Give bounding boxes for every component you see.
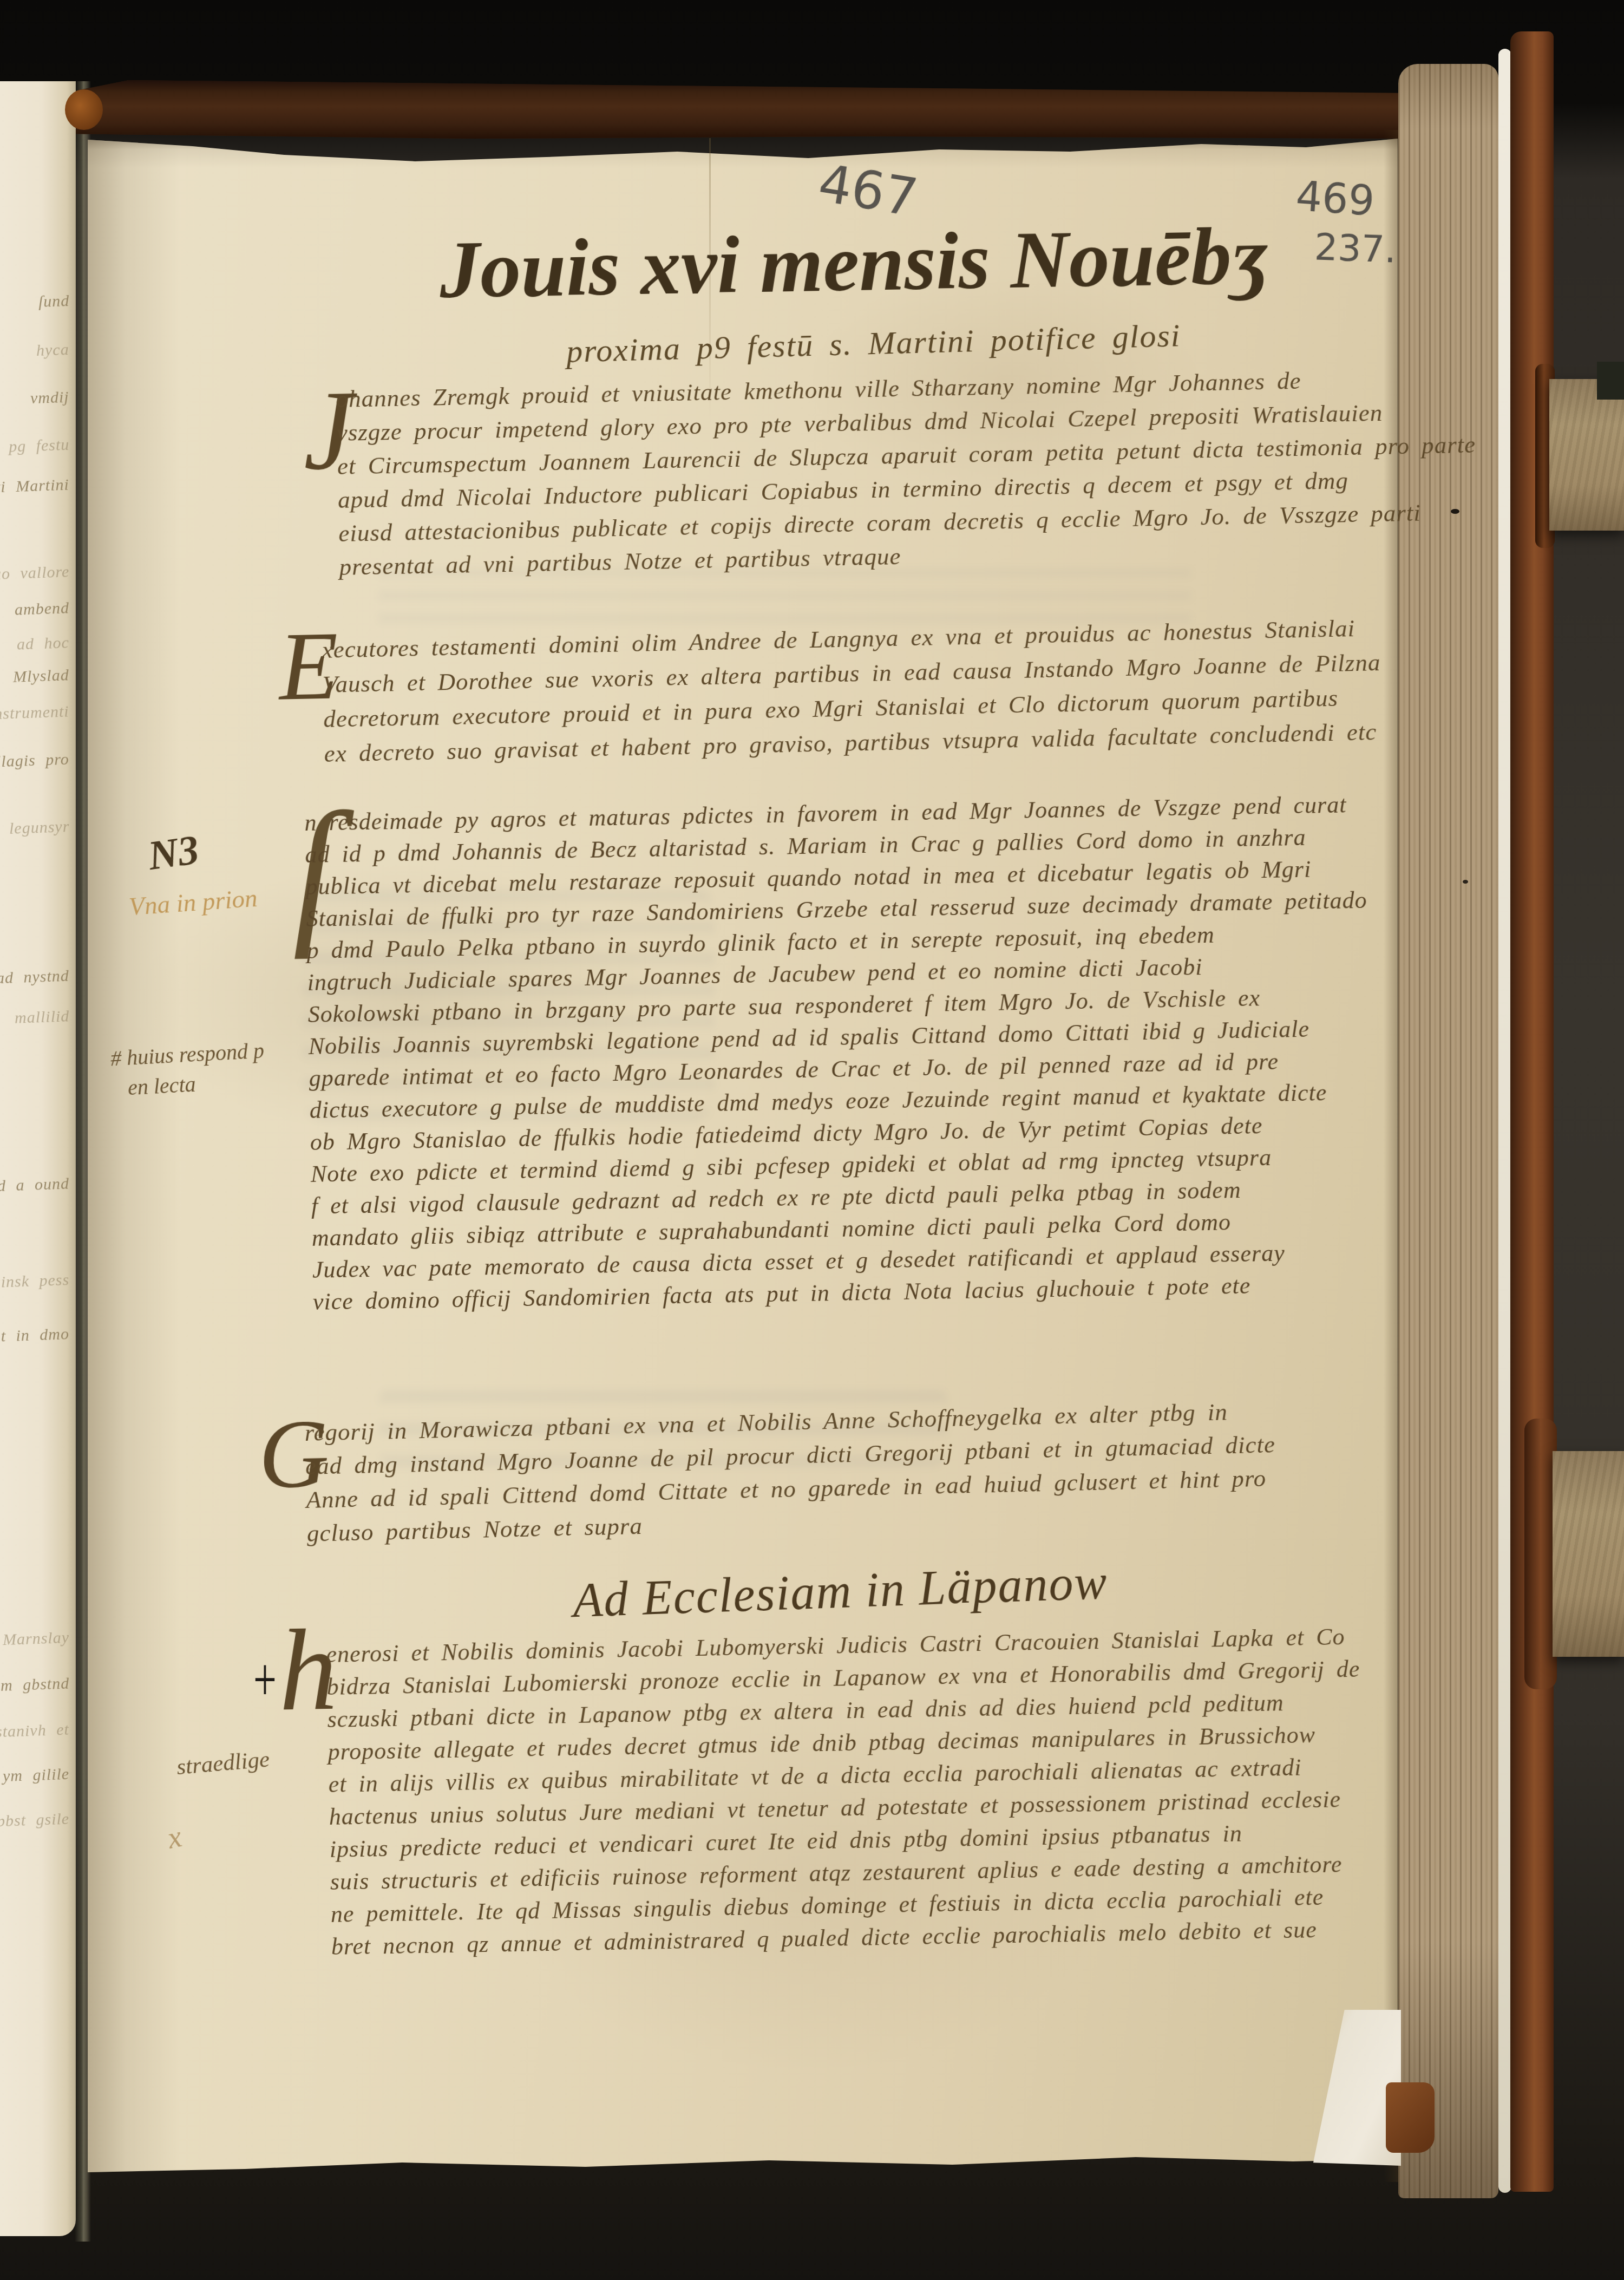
paragraph-5-lines: enerosi et Nobilis dominis Jacobi Lubomy… <box>326 1621 1365 1963</box>
strap-curl <box>1524 1419 1557 1689</box>
facing-page-fragment: ambend <box>14 599 69 619</box>
margin-cross-mark: + <box>253 1645 277 1716</box>
margin-note-hash-2: en lecta <box>127 1072 197 1101</box>
paragraph-3-lines: n resdeimade py agros et maturas pdictes… <box>304 788 1374 1318</box>
facing-page-fragment: pm gbstnd <box>0 1675 70 1696</box>
strap-patch <box>1597 362 1624 400</box>
facing-page-fragment: hyca <box>36 341 70 360</box>
facing-page-fragment: llagis pro <box>0 750 70 772</box>
ink-spot <box>1463 880 1468 884</box>
facing-page-fragment: pbst gsile <box>0 1810 70 1831</box>
facing-page-fragment: sancti Martini <box>0 476 70 498</box>
leather-cover-edge <box>1510 31 1554 2192</box>
facing-page-fragment: ad hoc <box>17 633 70 654</box>
facing-page-fragment: vmdij <box>30 388 70 408</box>
paragraph-4-lines: regorij in Morawicza ptbani ex vna et No… <box>304 1394 1277 1550</box>
facing-page-text-fragments: ſundhycavmdijpma pg festusancti Martiniq… <box>0 0 73 2280</box>
facing-page-fragment: stanivh et <box>0 1721 70 1742</box>
facing-page-fragment: pma pg festu <box>0 436 70 458</box>
facing-page-fragment: dicinsk pess <box>0 1271 70 1292</box>
entry-paragraph-3: ſ n resdeimade py agros et maturas pdict… <box>304 788 1374 1318</box>
entry-paragraph-2: E xecutores testamenti domini olim Andre… <box>322 610 1383 771</box>
manuscript-photo: { "page_numbers": { "ink_center": "467",… <box>0 0 1624 2280</box>
entry-paragraph-5: h enerosi et Nobilis dominis Jacobi Lubo… <box>326 1621 1365 1963</box>
facing-page-fragment: Marnslay <box>2 1629 69 1649</box>
paragraph-2-lines: xecutores testamenti domini olim Andree … <box>322 610 1383 771</box>
facing-page-fragment: ſund <box>38 292 69 311</box>
facing-page-fragment: ad a ound <box>0 1174 70 1195</box>
paragraph-1-lines: ohannes Zremgk prouid et vniusitate kmet… <box>336 361 1478 584</box>
folio-number-pencil-alt: 237. <box>1314 226 1397 271</box>
facing-page-fragment: mat in dmo <box>0 1325 70 1347</box>
facing-page-fragment: ad nystnd <box>0 967 70 988</box>
facing-page-fragment: ym gilile <box>2 1765 69 1786</box>
margin-note-nb: N3 <box>145 826 201 880</box>
leather-corner <box>1386 2082 1435 2153</box>
date-heading: Jouis xvi mensis Nouēbʒ <box>439 212 1271 316</box>
binding-top-edge <box>76 80 1399 139</box>
facing-page-fragment: instrumenti <box>0 702 70 723</box>
facing-page-fragment: legunsyr <box>9 818 69 838</box>
leather-strap-lower <box>1553 1451 1624 1657</box>
entry-paragraph-1: J ohannes Zremgk prouid et vniusitate km… <box>336 361 1478 584</box>
facing-page-fragment: Mlyslad <box>13 666 70 687</box>
leather-strap-upper <box>1549 379 1624 531</box>
facing-page-fragment: quo vallore <box>0 563 70 584</box>
folio-number-pencil: 469 <box>1294 172 1376 225</box>
binding-top-blob <box>65 89 103 130</box>
entry-paragraph-4: G regorij in Morawicza ptbani ex vna et … <box>304 1394 1277 1550</box>
flyleaf-edge <box>1498 49 1511 2193</box>
facing-page-fragment: mallilid <box>14 1007 69 1028</box>
